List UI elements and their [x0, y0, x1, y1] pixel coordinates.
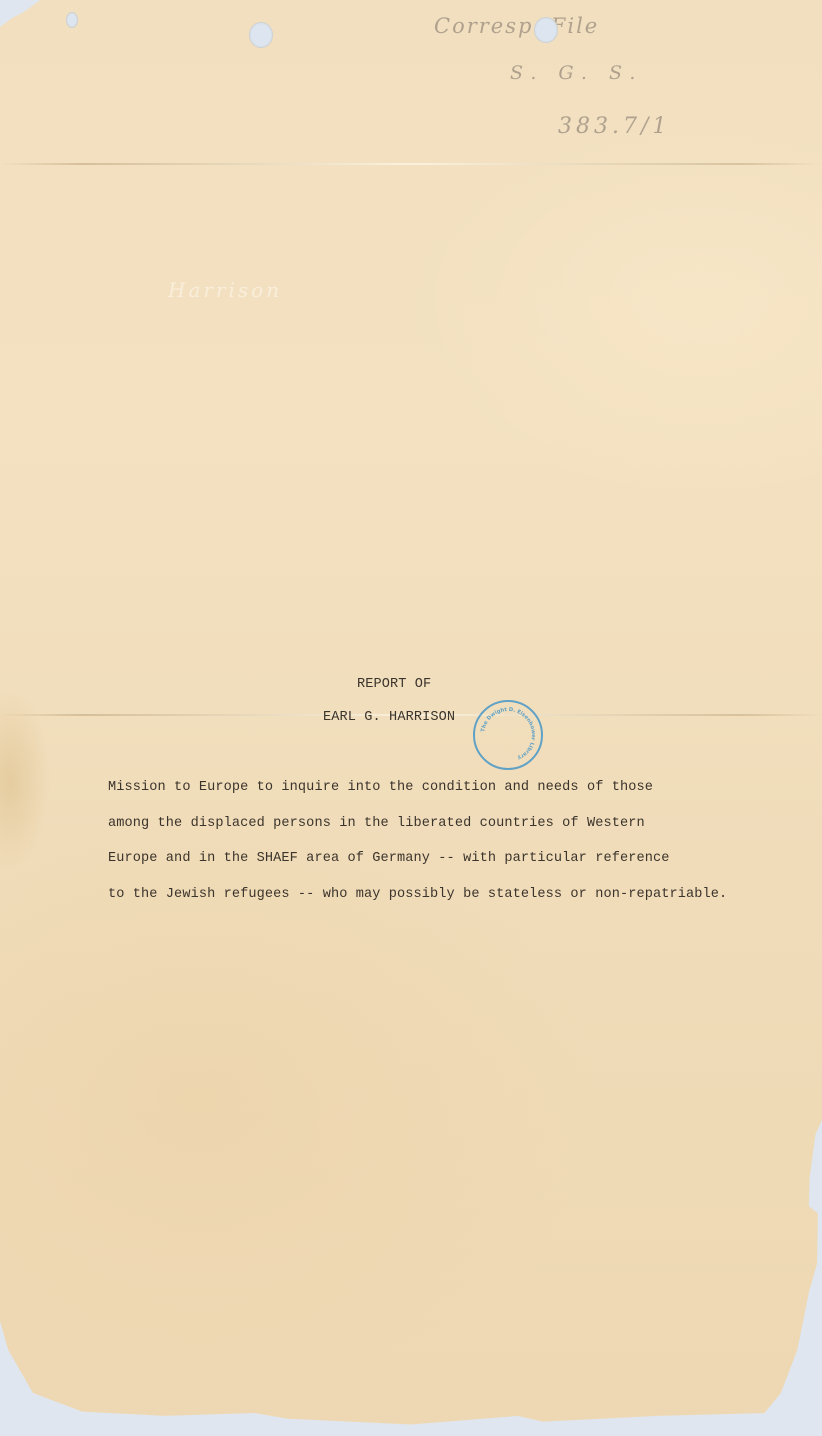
punch-hole-left	[249, 22, 273, 48]
punch-hole-torn	[66, 12, 78, 28]
report-author: EARL G. HARRISON	[323, 710, 455, 725]
handwritten-initials: S. G. S.	[510, 62, 643, 84]
ghost-impression: Harrison	[168, 278, 282, 302]
description-line-2: among the displaced persons in the liber…	[108, 814, 727, 850]
description-line-1: Mission to Europe to inquire into the co…	[108, 778, 727, 814]
fold-crease-top	[0, 163, 822, 165]
description-line-4: to the Jewish refugees -- who may possib…	[108, 885, 727, 921]
document-page: Corresp. File S. G. S. 383.7/1 Harrison …	[0, 0, 822, 1436]
svg-text:The Dwight D. Eisenhower Libra: The Dwight D. Eisenhower Library	[480, 706, 536, 760]
report-title: REPORT OF	[357, 677, 431, 692]
stamp-text: The Dwight D. Eisenhower Library	[480, 706, 536, 760]
stamp-ring-text-icon: The Dwight D. Eisenhower Library	[473, 700, 543, 770]
punch-hole-right	[534, 17, 558, 43]
report-description: Mission to Europe to inquire into the co…	[108, 778, 727, 920]
library-stamp: The Dwight D. Eisenhower Library	[473, 700, 543, 770]
handwritten-file-number: 383.7/1	[558, 114, 670, 139]
description-line-3: Europe and in the SHAEF area of Germany …	[108, 849, 727, 885]
handwritten-file-note: Corresp. File	[434, 14, 599, 38]
